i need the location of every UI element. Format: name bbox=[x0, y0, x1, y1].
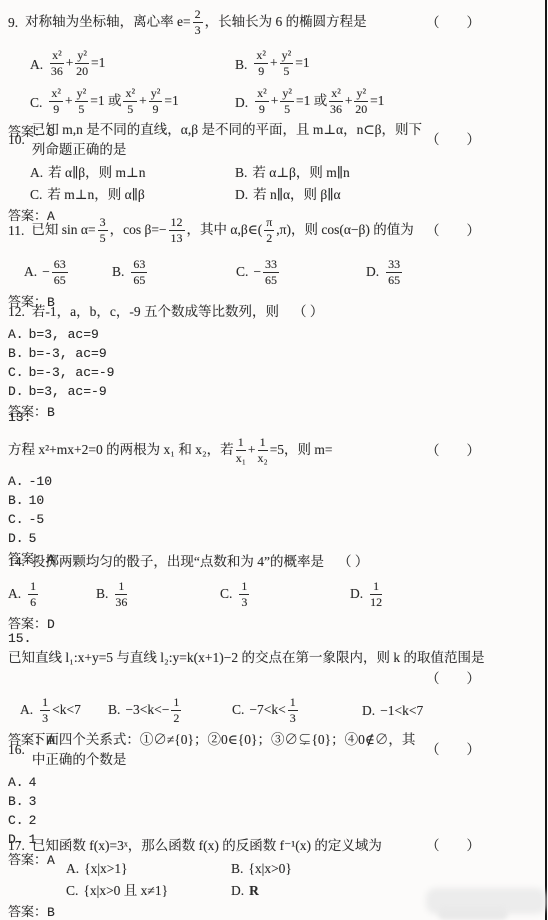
options: A.b=3, ac=9B.b=-3, ac=9C.b=-3, ac=-9D.b=… bbox=[8, 325, 538, 401]
question-stem: 投掷两颗均匀的骰子，出现“点数和为 4”的概率是 bbox=[32, 552, 324, 572]
option-text: −3<k<−12 bbox=[125, 702, 183, 717]
option-key: D. bbox=[8, 531, 29, 546]
option-key: D. bbox=[350, 586, 368, 601]
question-stem: 对称轴为坐标轴，离心率 e=23，长轴长为 6 的椭圆方程是 bbox=[25, 9, 366, 37]
fraction: 3365 bbox=[263, 258, 279, 286]
option-key: B. bbox=[112, 264, 129, 279]
options: A.13<k<7B.−3<k<−12C.−7<k<13D.−1<k<7 bbox=[8, 695, 538, 727]
fraction: y²5 bbox=[280, 87, 294, 115]
option-key: B. bbox=[231, 861, 248, 876]
fraction: 6365 bbox=[52, 258, 68, 286]
option: B.x²9+y²5=1 bbox=[235, 49, 538, 80]
fraction: 35 bbox=[98, 216, 108, 244]
question-stem-row: 16. 下面四个关系式：①∅≠{0}；②0∈{0}；③∅⊊{0}；④0∉∅，其中… bbox=[8, 730, 538, 770]
option-key: B. bbox=[235, 165, 252, 180]
option-key: A. bbox=[8, 474, 29, 489]
option-text: x²9+y²5=1 bbox=[252, 50, 309, 78]
question-stem-row: 方程 x²+mx+2=0 的两根为 x₁ 和 x₂，若1x₁+1x₂=5，则 m… bbox=[8, 433, 538, 469]
option-text: x²36+y²20=1 bbox=[48, 50, 105, 78]
answer-bracket: （ ） bbox=[426, 836, 538, 856]
option-text: {x|x>1} bbox=[84, 861, 128, 876]
question-stem: 若-1，a，b，c，-9 五个数成等比数列，则 bbox=[32, 302, 279, 322]
question-stem: 方程 x²+mx+2=0 的两根为 x₁ 和 x₂，若1x₁+1x₂=5，则 m… bbox=[8, 437, 333, 465]
question-number: 15. bbox=[8, 630, 538, 648]
option-text: 若 n∥α，则 β∥α bbox=[253, 187, 341, 202]
fraction: y²5 bbox=[280, 49, 294, 77]
option: C.2 bbox=[8, 811, 538, 830]
answer-bracket: （ ） bbox=[426, 13, 538, 33]
option-text: 6365 bbox=[129, 264, 149, 279]
option-key: D. bbox=[362, 703, 380, 718]
option: C.b=-3, ac=-9 bbox=[8, 363, 538, 382]
option-key: C. bbox=[66, 883, 83, 898]
fraction: 1213 bbox=[169, 216, 185, 244]
answer-bracket: （ ） bbox=[426, 130, 538, 150]
option-text: {x|x>0 且 x≠1} bbox=[83, 883, 168, 898]
fraction: x²9 bbox=[254, 49, 268, 77]
fraction: 12 bbox=[171, 696, 181, 724]
question-stem-row: 已知直线 l₁:x+y=5 与直线 l₂:y=k(x+1)−2 的交点在第一象限… bbox=[8, 648, 538, 668]
fraction: x²36 bbox=[329, 87, 343, 115]
option-text: b=3, ac=-9 bbox=[29, 384, 107, 399]
option-text: 4 bbox=[29, 775, 37, 790]
scan-right-border bbox=[545, 0, 547, 920]
fraction: x²36 bbox=[50, 49, 64, 77]
option-key: A. bbox=[8, 327, 29, 342]
fraction: x²5 bbox=[123, 87, 137, 115]
fraction: y²20 bbox=[354, 87, 368, 115]
option: D.若 n∥α，则 β∥α bbox=[235, 185, 538, 205]
option: A.{x|x>1} bbox=[66, 859, 231, 879]
option-key: A. bbox=[8, 586, 26, 601]
question-stem-row: 10. 已知 m,n 是不同的直线，α,β 是不同的平面，且 m⊥α，n⊂β，则… bbox=[8, 120, 538, 160]
question: 14. 投掷两颗均匀的骰子，出现“点数和为 4”的概率是 （ ） A.16B.1… bbox=[8, 552, 538, 634]
option: D.x²9+y²5=1 或x²36+y²20=1 bbox=[235, 87, 538, 118]
fraction: 13 bbox=[40, 696, 50, 724]
option-text: 若 m⊥n，则 α∥β bbox=[47, 187, 144, 202]
question: 11. 已知 sin α=35，cos β=−1213，其中 α,β∈(π2,π… bbox=[8, 212, 538, 312]
option: C.−7<k<13 bbox=[232, 697, 362, 725]
option: B.136 bbox=[96, 581, 220, 609]
option-text: b=3, ac=9 bbox=[29, 327, 99, 342]
exam-page: 9. 对称轴为坐标轴，离心率 e=23，长轴长为 6 的椭圆方程是 （ ） A.… bbox=[0, 0, 548, 920]
question-number: 9. bbox=[8, 13, 25, 33]
fraction: y²5 bbox=[75, 87, 89, 115]
option-text: 3365 bbox=[384, 264, 404, 279]
option: C.−3365 bbox=[236, 259, 366, 287]
options: A.若 α∥β，则 m⊥nB.若 α⊥β，则 m∥nC.若 m⊥n，则 α∥βD… bbox=[8, 163, 538, 205]
answer-bracket: （ ） bbox=[8, 670, 538, 688]
option: D.−1<k<7 bbox=[362, 703, 538, 719]
question: 12. 若-1，a，b，c，-9 五个数成等比数列，则 （ ） A.b=3, a… bbox=[8, 302, 538, 422]
option-text: 10 bbox=[29, 493, 45, 508]
question-stem: 已知直线 l₁:x+y=5 与直线 l₂:y=k(x+1)−2 的交点在第一象限… bbox=[8, 648, 484, 668]
option: C.-5 bbox=[8, 510, 538, 529]
answer-bracket: （ ） bbox=[426, 221, 538, 241]
option: A.−6365 bbox=[24, 259, 112, 287]
answer-letter: B bbox=[47, 905, 55, 920]
question-number: 12. bbox=[8, 302, 32, 322]
option: B.若 α⊥β，则 m∥n bbox=[235, 163, 538, 183]
option-text: 16 bbox=[26, 586, 40, 601]
option-text: 112 bbox=[368, 586, 384, 601]
options: A.−6365B.6365C.−3365D.3365 bbox=[8, 257, 538, 289]
option: D.112 bbox=[350, 581, 538, 609]
question-number: 13. bbox=[8, 409, 538, 427]
option-key: C. bbox=[8, 512, 29, 527]
fraction: 1x₁ bbox=[236, 436, 246, 464]
fraction: y²20 bbox=[75, 49, 89, 77]
option-key: C. bbox=[8, 813, 29, 828]
option: D.5 bbox=[8, 529, 538, 548]
options: A.-10B.10C.-5D.5 bbox=[8, 472, 538, 548]
option-key: C. bbox=[30, 95, 47, 111]
option-key: D. bbox=[235, 95, 253, 111]
question-stem-row: 11. 已知 sin α=35，cos β=−1213，其中 α,β∈(π2,π… bbox=[8, 212, 538, 250]
options: A.16B.136C.13D.112 bbox=[8, 579, 538, 611]
option: A.16 bbox=[8, 581, 96, 609]
option-text: -10 bbox=[29, 474, 52, 489]
option-text: −7<k<13 bbox=[249, 702, 299, 717]
question-number: 14. bbox=[8, 552, 32, 572]
option-text: 13 bbox=[237, 586, 251, 601]
question-stem: 已知 sin α=35，cos β=−1213，其中 α,β∈(π2,π)，则 … bbox=[31, 217, 413, 245]
option-key: B. bbox=[8, 493, 29, 508]
option-key: A. bbox=[24, 264, 42, 279]
option-key: D. bbox=[231, 883, 249, 898]
option-key: A. bbox=[30, 57, 48, 73]
option: A.4 bbox=[8, 773, 538, 792]
answer-bracket: （ ） bbox=[338, 552, 368, 572]
fraction: 16 bbox=[28, 580, 38, 608]
option-text: 3 bbox=[29, 794, 37, 809]
fraction: 13 bbox=[239, 580, 249, 608]
fraction: 3365 bbox=[386, 258, 402, 286]
option-text: b=-3, ac=9 bbox=[29, 346, 107, 361]
answer-bracket: （ ） bbox=[426, 740, 538, 760]
option-key: D. bbox=[235, 187, 253, 202]
question: 13. 方程 x²+mx+2=0 的两根为 x₁ 和 x₂，若1x₁+1x₂=5… bbox=[8, 409, 538, 569]
answer-bracket: （ ） bbox=[426, 441, 538, 461]
option-text: 2 bbox=[29, 813, 37, 828]
option-text: −6365 bbox=[42, 264, 70, 279]
option-text: {x|x>0} bbox=[248, 861, 292, 876]
option-text: 136 bbox=[113, 586, 129, 601]
option-key: C. bbox=[30, 187, 47, 202]
option: B.{x|x>0} bbox=[231, 859, 538, 879]
fraction: 136 bbox=[115, 580, 127, 608]
fraction: 23 bbox=[193, 8, 203, 36]
option: D.b=3, ac=-9 bbox=[8, 382, 538, 401]
question: 10. 已知 m,n 是不同的直线，α,β 是不同的平面，且 m⊥α，n⊂β，则… bbox=[8, 120, 538, 226]
option: C.{x|x>0 且 x≠1} bbox=[66, 881, 231, 901]
option-text: b=-3, ac=-9 bbox=[29, 365, 115, 380]
option-key: B. bbox=[235, 57, 252, 73]
option: C.若 m⊥n，则 α∥β bbox=[30, 185, 235, 205]
option: C.x²9+y²5=1 或x²5+y²9=1 bbox=[30, 87, 235, 118]
question-number: 10. bbox=[8, 130, 32, 150]
option-key: C. bbox=[232, 702, 249, 717]
option: A.-10 bbox=[8, 472, 538, 491]
option: A.13<k<7 bbox=[20, 697, 108, 725]
option-text: R bbox=[249, 883, 259, 898]
option-key: B. bbox=[108, 702, 125, 717]
option: B.3 bbox=[8, 792, 538, 811]
option-text: x²9+y²5=1 或x²5+y²9=1 bbox=[47, 88, 178, 116]
option-key: D. bbox=[8, 384, 29, 399]
option: B.10 bbox=[8, 491, 538, 510]
option-key: C. bbox=[220, 586, 237, 601]
fraction: x²9 bbox=[255, 87, 269, 115]
question-stem-row: 17. 已知函数 f(x)=3ˣ，那么函数 f(x) 的反函数 f⁻¹(x) 的… bbox=[8, 836, 538, 856]
option-text: 5 bbox=[29, 531, 37, 546]
option-text: 若 α∥β，则 m⊥n bbox=[48, 165, 145, 180]
option-key: A. bbox=[30, 165, 48, 180]
fraction: 6365 bbox=[131, 258, 147, 286]
option: B.−3<k<−12 bbox=[108, 697, 232, 725]
answer-bracket: （ ） bbox=[293, 302, 323, 322]
option-key: C. bbox=[8, 365, 29, 380]
smudge-watermark bbox=[438, 907, 508, 920]
question-stem: 已知函数 f(x)=3ˣ，那么函数 f(x) 的反函数 f⁻¹(x) 的定义域为 bbox=[32, 836, 382, 856]
fraction: 13 bbox=[288, 696, 298, 724]
option-text: 若 α⊥β，则 m∥n bbox=[252, 165, 349, 180]
option-text: -5 bbox=[29, 512, 45, 527]
option-key: A. bbox=[20, 702, 38, 717]
option-text: −1<k<7 bbox=[380, 703, 423, 718]
question-stem-row: 9. 对称轴为坐标轴，离心率 e=23，长轴长为 6 的椭圆方程是 （ ） bbox=[8, 4, 538, 42]
fraction: y²9 bbox=[149, 87, 163, 115]
option: B.b=-3, ac=9 bbox=[8, 344, 538, 363]
question-stem: 下面四个关系式：①∅≠{0}；②0∈{0}；③∅⊊{0}；④0∉∅，其中正确的个… bbox=[32, 730, 426, 770]
option: A.若 α∥β，则 m⊥n bbox=[30, 163, 235, 183]
fraction: π2 bbox=[264, 216, 274, 244]
option-text: 13<k<7 bbox=[38, 702, 81, 717]
fraction: 1x₂ bbox=[258, 436, 268, 464]
option: A.x²36+y²20=1 bbox=[30, 49, 235, 80]
answer-label: 答案： bbox=[8, 905, 47, 920]
option-key: B. bbox=[96, 586, 113, 601]
question-number: 11. bbox=[8, 221, 31, 241]
fraction: 112 bbox=[370, 580, 382, 608]
option-key: A. bbox=[66, 861, 84, 876]
option: B.6365 bbox=[112, 259, 236, 287]
option: D.3365 bbox=[366, 259, 538, 287]
option: C.13 bbox=[220, 581, 350, 609]
option: A.b=3, ac=9 bbox=[8, 325, 538, 344]
fraction: x²9 bbox=[49, 87, 63, 115]
question-stem: 已知 m,n 是不同的直线，α,β 是不同的平面，且 m⊥α，n⊂β，则下列命题… bbox=[32, 120, 426, 160]
option-text: −3365 bbox=[253, 264, 281, 279]
question-number: 17. bbox=[8, 836, 32, 856]
option-key: C. bbox=[236, 264, 253, 279]
option-key: B. bbox=[8, 346, 29, 361]
options: A.x²36+y²20=1B.x²9+y²5=1C.x²9+y²5=1 或x²5… bbox=[8, 49, 538, 118]
option-text: x²9+y²5=1 或x²36+y²20=1 bbox=[253, 88, 384, 116]
question-number: 16. bbox=[8, 740, 32, 760]
question-stem-row: 14. 投掷两颗均匀的骰子，出现“点数和为 4”的概率是 （ ） bbox=[8, 552, 538, 572]
option-key: B. bbox=[8, 794, 29, 809]
option-key: D. bbox=[366, 264, 384, 279]
option-key: A. bbox=[8, 775, 29, 790]
question-stem-row: 12. 若-1，a，b，c，-9 五个数成等比数列，则 （ ） bbox=[8, 302, 538, 322]
